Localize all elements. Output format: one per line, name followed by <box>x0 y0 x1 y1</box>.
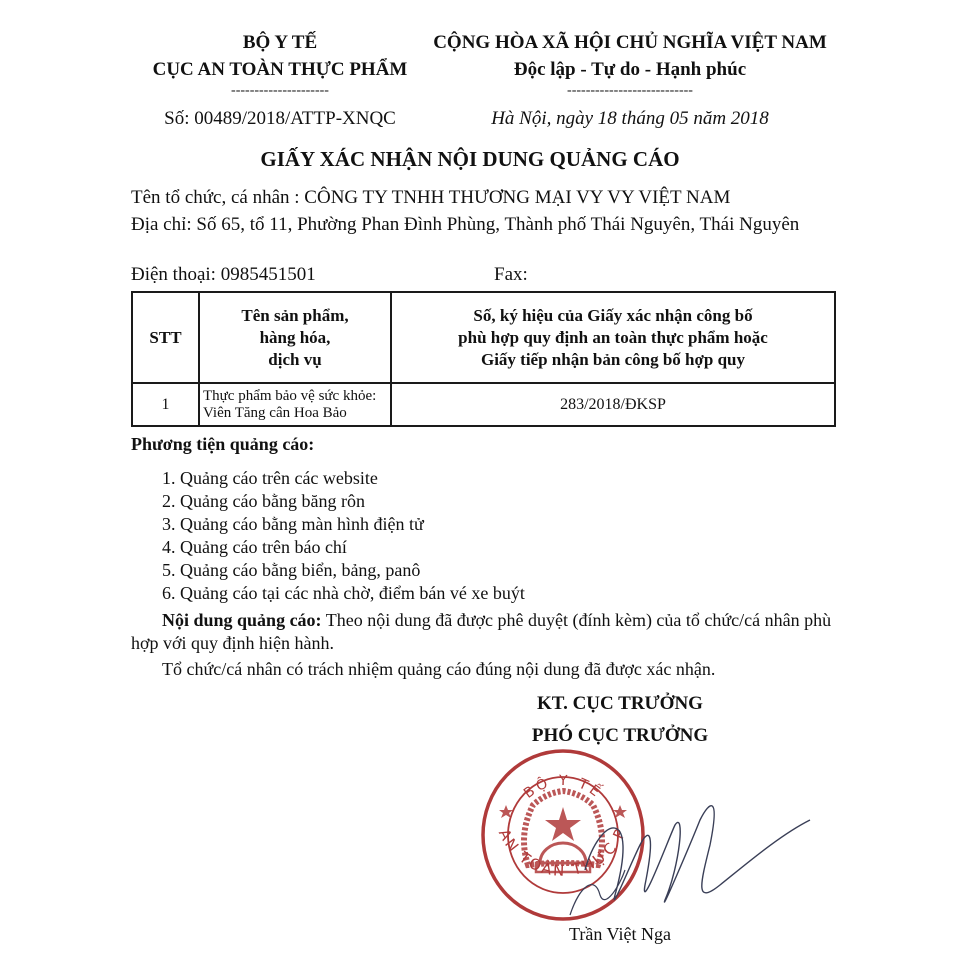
organization-phone: Điện thoại: 0985451501 <box>131 263 316 287</box>
responsibility-paragraph: Tổ chức/cá nhân có trách nhiệm quảng cáo… <box>162 658 715 681</box>
advertising-media-list: 1. Quảng cáo trên các website 2. Quảng c… <box>162 467 525 605</box>
list-item: 2. Quảng cáo bằng băng rôn <box>162 490 525 513</box>
column-header-stt: STT <box>132 292 199 383</box>
list-item: 3. Quảng cáo bằng màn hình điện tử <box>162 513 525 536</box>
advertising-media-title: Phương tiện quảng cáo: <box>131 432 314 456</box>
list-item: 5. Quảng cáo bằng biển, bảng, panô <box>162 559 525 582</box>
signatory-title: KT. CỤC TRƯỞNG PHÓ CỤC TRƯỞNG <box>470 688 770 752</box>
content-label: Nội dung quảng cáo: <box>162 610 322 630</box>
document-number: Số: 00489/2018/ATTP-XNQC <box>130 104 430 134</box>
issuing-authority-block: BỘ Y TẾ CỤC AN TOÀN THỰC PHẨM ----------… <box>130 30 430 134</box>
cell-product: Thực phẩm bảo vệ sức khỏe: Viên Tăng cân… <box>199 383 391 426</box>
list-item: 6. Quảng cáo tại các nhà chờ, điểm bán v… <box>162 582 525 605</box>
list-item: 1. Quảng cáo trên các website <box>162 467 525 490</box>
table-header-row: STT Tên sản phẩm, hàng hóa, dịch vụ Số, … <box>132 292 835 383</box>
column-header-product: Tên sản phẩm, hàng hóa, dịch vụ <box>199 292 391 383</box>
product-table: STT Tên sản phẩm, hàng hóa, dịch vụ Số, … <box>131 291 836 427</box>
handwritten-signature-icon <box>560 775 820 925</box>
ministry-name: BỘ Y TẾ <box>130 30 430 56</box>
advertising-content-paragraph: Nội dung quảng cáo: Theo nội dung đã đượ… <box>131 609 841 655</box>
header-right-separator: --------------------------- <box>420 84 840 98</box>
signer-name: Trần Việt Nga <box>470 922 770 946</box>
place-and-date: Hà Nội, ngày 18 tháng 05 năm 2018 <box>420 104 840 134</box>
document-title: GIẤY XÁC NHẬN NỘI DUNG QUẢNG CÁO <box>120 145 820 173</box>
organization-name: Tên tổ chức, cá nhân : CÔNG TY TNHH THƯƠ… <box>131 186 730 210</box>
cell-certificate-code: 283/2018/ĐKSP <box>391 383 835 426</box>
column-header-certificate: Số, ký hiệu của Giấy xác nhận công bố ph… <box>391 292 835 383</box>
department-name: CỤC AN TOÀN THỰC PHẨM <box>130 56 430 84</box>
organization-address: Địa chỉ: Số 65, tổ 11, Phường Phan Đình … <box>131 213 831 237</box>
national-header-block: CỘNG HÒA XÃ HỘI CHỦ NGHĨA VIỆT NAM Độc l… <box>420 30 840 134</box>
cell-stt: 1 <box>132 383 199 426</box>
national-motto: Độc lập - Tự do - Hạnh phúc <box>420 56 840 84</box>
list-item: 4. Quảng cáo trên báo chí <box>162 536 525 559</box>
header-left-separator: --------------------- <box>130 84 430 98</box>
organization-fax: Fax: <box>494 263 528 287</box>
table-row: 1 Thực phẩm bảo vệ sức khỏe: Viên Tăng c… <box>132 383 835 426</box>
country-name: CỘNG HÒA XÃ HỘI CHỦ NGHĨA VIỆT NAM <box>420 30 840 56</box>
signatory-title-line1: KT. CỤC TRƯỞNG <box>470 688 770 720</box>
